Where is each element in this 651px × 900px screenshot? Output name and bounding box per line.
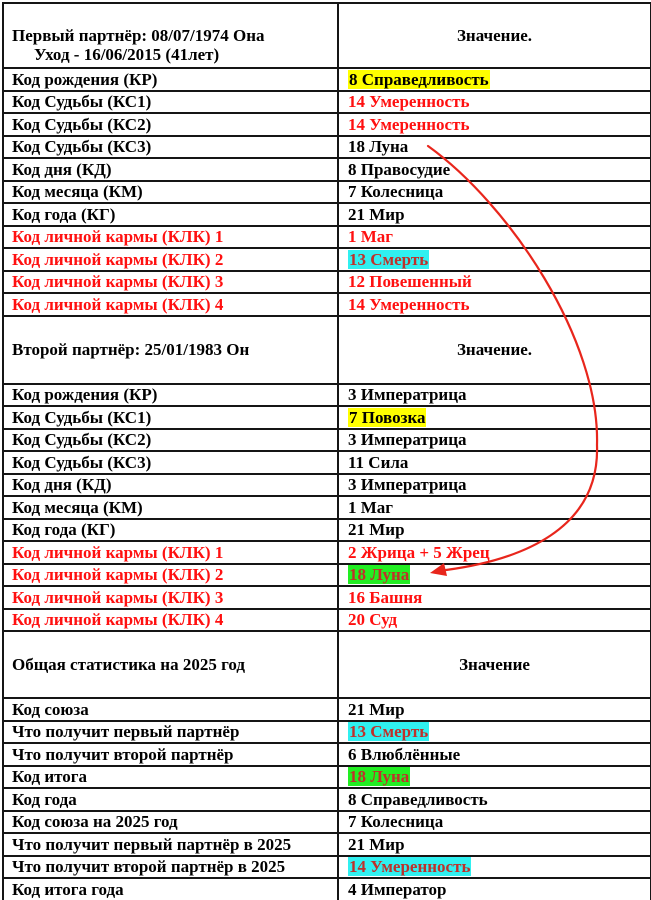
- row-value: 1 Маг: [348, 498, 393, 517]
- row-label: Код личной кармы (КЛК) 2: [3, 248, 338, 271]
- table-row: Код союза на 2025 год7 Колесница: [3, 811, 651, 834]
- table-row: Код личной кармы (КЛК) 312 Повешенный: [3, 271, 651, 294]
- table-row: Код личной кармы (КЛК) 12 Жрица + 5 Жрец: [3, 541, 651, 564]
- row-value-cell: 18 Луна: [338, 564, 651, 587]
- table-row: Код Судьбы (КС3)18 Луна: [3, 136, 651, 159]
- row-value-cell: 7 Колесница: [338, 811, 651, 834]
- row-value-cell: 11 Сила: [338, 451, 651, 474]
- row-value-cell: 13 Смерть: [338, 721, 651, 744]
- row-value-cell: 8 Справедливость: [338, 68, 651, 91]
- table-row: Код итога18 Луна: [3, 766, 651, 789]
- row-value-cell: 14 Умеренность: [338, 293, 651, 316]
- table-row: Код личной кармы (КЛК) 218 Луна: [3, 564, 651, 587]
- table-row: Код дня (КД)8 Правосудие: [3, 158, 651, 181]
- section-subtitle-line: Уход - 16/06/2015 (41лет): [12, 45, 337, 64]
- row-label: Код личной кармы (КЛК) 1: [3, 541, 338, 564]
- row-value: 16 Башня: [348, 588, 422, 607]
- row-label: Код года (КГ): [3, 519, 338, 542]
- row-label: Код личной кармы (КЛК) 4: [3, 293, 338, 316]
- row-value-cell: 8 Справедливость: [338, 788, 651, 811]
- table-row: Код итога года4 Император: [3, 878, 651, 900]
- table-row: Код месяца (КМ)7 Колесница: [3, 181, 651, 204]
- table-row: Код рождения (КР)3 Императрица: [3, 384, 651, 407]
- row-value-cell: 14 Умеренность: [338, 856, 651, 879]
- row-value-cell: 7 Колесница: [338, 181, 651, 204]
- highlighted-value: 14 Умеренность: [348, 857, 471, 876]
- row-label: Код итога года: [3, 878, 338, 900]
- row-label: Что получит первый партнёр в 2025: [3, 833, 338, 856]
- row-value-cell: 13 Смерть: [338, 248, 651, 271]
- row-value-cell: 8 Правосудие: [338, 158, 651, 181]
- row-label: Что получит первый партнёр: [3, 721, 338, 744]
- row-value: 8 Правосудие: [348, 160, 450, 179]
- row-label: Код года (КГ): [3, 203, 338, 226]
- table-row: Код месяца (КМ)1 Маг: [3, 496, 651, 519]
- row-value: 3 Императрица: [348, 475, 467, 494]
- row-label: Код личной кармы (КЛК) 2: [3, 564, 338, 587]
- row-value-cell: 21 Мир: [338, 833, 651, 856]
- row-label: Код личной кармы (КЛК) 3: [3, 271, 338, 294]
- table-row: Код года (КГ)21 Мир: [3, 519, 651, 542]
- section-title-line: Второй партнёр: 25/01/1983 Он: [12, 340, 249, 359]
- row-label: Код Судьбы (КС3): [3, 451, 338, 474]
- row-label: Код месяца (КМ): [3, 181, 338, 204]
- row-value-cell: 3 Императрица: [338, 384, 651, 407]
- row-label: Код Судьбы (КС1): [3, 406, 338, 429]
- table-row: Что получит второй партнёр в 202514 Умер…: [3, 856, 651, 879]
- row-value-cell: 21 Мир: [338, 698, 651, 721]
- row-label: Код Судьбы (КС3): [3, 136, 338, 159]
- table-row: Что получит первый партнёр в 202521 Мир: [3, 833, 651, 856]
- row-value-cell: 3 Императрица: [338, 474, 651, 497]
- row-value-cell: 21 Мир: [338, 519, 651, 542]
- row-label: Код итога: [3, 766, 338, 789]
- row-value-cell: 2 Жрица + 5 Жрец: [338, 541, 651, 564]
- row-value: 21 Мир: [348, 205, 405, 224]
- row-value: 14 Умеренность: [348, 92, 469, 111]
- highlighted-value: 13 Смерть: [348, 722, 429, 741]
- row-label: Код союза на 2025 год: [3, 811, 338, 834]
- row-value-cell: 1 Маг: [338, 496, 651, 519]
- row-label: Код рождения (КР): [3, 384, 338, 407]
- table-row: Код союза21 Мир: [3, 698, 651, 721]
- section-title: Второй партнёр: 25/01/1983 Он: [3, 316, 338, 384]
- table-row: Код личной кармы (КЛК) 213 Смерть: [3, 248, 651, 271]
- row-value-cell: 14 Умеренность: [338, 91, 651, 114]
- row-label: Код дня (КД): [3, 158, 338, 181]
- section-title-line: Первый партнёр: 08/07/1974 Она: [12, 26, 265, 45]
- row-value: 3 Императрица: [348, 430, 467, 449]
- table-row: Код рождения (КР)8 Справедливость: [3, 68, 651, 91]
- table-row: Код Судьбы (КС3)11 Сила: [3, 451, 651, 474]
- row-value: 11 Сила: [348, 453, 408, 472]
- highlighted-value: 18 Луна: [348, 767, 410, 786]
- row-label: Код месяца (КМ): [3, 496, 338, 519]
- row-value: 6 Влюблённые: [348, 745, 460, 764]
- row-value-cell: 6 Влюблённые: [338, 743, 651, 766]
- table-row: Код Судьбы (КС2)14 Умеренность: [3, 113, 651, 136]
- row-label: Код союза: [3, 698, 338, 721]
- row-label: Что получит второй партнёр в 2025: [3, 856, 338, 879]
- row-label: Код года: [3, 788, 338, 811]
- highlighted-value: 7 Повозка: [348, 408, 426, 427]
- table-row: Код Судьбы (КС1)14 Умеренность: [3, 91, 651, 114]
- section-title-line: Общая статистика на 2025 год: [12, 655, 245, 674]
- row-label: Что получит второй партнёр: [3, 743, 338, 766]
- row-value: 2 Жрица + 5 Жрец: [348, 543, 490, 562]
- row-value-cell: 18 Луна: [338, 136, 651, 159]
- row-value-cell: 18 Луна: [338, 766, 651, 789]
- table-row: Код личной кармы (КЛК) 414 Умеренность: [3, 293, 651, 316]
- table-row: Код личной кармы (КЛК) 420 Суд: [3, 609, 651, 632]
- table-row: Что получит первый партнёр13 Смерть: [3, 721, 651, 744]
- highlighted-value: 13 Смерть: [348, 250, 429, 269]
- row-label: Код личной кармы (КЛК) 3: [3, 586, 338, 609]
- row-value: 14 Умеренность: [348, 295, 469, 314]
- row-label: Код личной кармы (КЛК) 4: [3, 609, 338, 632]
- value-column-header: Значение.: [338, 316, 651, 384]
- row-label: Код личной кармы (КЛК) 1: [3, 226, 338, 249]
- row-value-cell: 14 Умеренность: [338, 113, 651, 136]
- highlighted-value: 8 Справедливость: [348, 70, 490, 89]
- row-label: Код Судьбы (КС2): [3, 113, 338, 136]
- row-value: 7 Колесница: [348, 812, 443, 831]
- table-row: Код Судьбы (КС2)3 Императрица: [3, 429, 651, 452]
- section-title: Общая статистика на 2025 год: [3, 631, 338, 698]
- row-label: Код Судьбы (КС1): [3, 91, 338, 114]
- row-value-cell: 4 Император: [338, 878, 651, 900]
- table-row: Код личной кармы (КЛК) 11 Маг: [3, 226, 651, 249]
- row-value: 20 Суд: [348, 610, 397, 629]
- row-value-cell: 21 Мир: [338, 203, 651, 226]
- section-title: Первый партнёр: 08/07/1974 ОнаУход - 16/…: [3, 3, 338, 68]
- section-header: Общая статистика на 2025 годЗначение: [3, 631, 651, 698]
- value-column-header: Значение: [338, 631, 651, 698]
- row-value: 18 Луна: [348, 137, 408, 156]
- table-row: Код дня (КД)3 Императрица: [3, 474, 651, 497]
- row-label: Код рождения (КР): [3, 68, 338, 91]
- row-value-cell: 16 Башня: [338, 586, 651, 609]
- row-value-cell: 7 Повозка: [338, 406, 651, 429]
- row-value-cell: 1 Маг: [338, 226, 651, 249]
- table-row: Код года8 Справедливость: [3, 788, 651, 811]
- row-value: 12 Повешенный: [348, 272, 472, 291]
- table-row: Код года (КГ)21 Мир: [3, 203, 651, 226]
- row-value: 7 Колесница: [348, 182, 443, 201]
- section-header: Первый партнёр: 08/07/1974 ОнаУход - 16/…: [3, 3, 651, 68]
- row-value: 14 Умеренность: [348, 115, 469, 134]
- table-row: Код личной кармы (КЛК) 316 Башня: [3, 586, 651, 609]
- row-value: 4 Император: [348, 880, 447, 899]
- value-column-header: Значение.: [338, 3, 651, 68]
- row-value: 21 Мир: [348, 700, 405, 719]
- highlighted-value: 18 Луна: [348, 565, 410, 584]
- section-header: Второй партнёр: 25/01/1983 ОнЗначение.: [3, 316, 651, 384]
- row-value: 3 Императрица: [348, 385, 467, 404]
- row-value-cell: 12 Повешенный: [338, 271, 651, 294]
- row-value-cell: 20 Суд: [338, 609, 651, 632]
- table-row: Что получит второй партнёр6 Влюблённые: [3, 743, 651, 766]
- row-value: 21 Мир: [348, 835, 405, 854]
- row-value-cell: 3 Императрица: [338, 429, 651, 452]
- row-value: 8 Справедливость: [348, 790, 488, 809]
- row-value: 1 Маг: [348, 227, 393, 246]
- row-value: 21 Мир: [348, 520, 405, 539]
- row-label: Код дня (КД): [3, 474, 338, 497]
- row-label: Код Судьбы (КС2): [3, 429, 338, 452]
- tarot-code-table: Первый партнёр: 08/07/1974 ОнаУход - 16/…: [2, 2, 651, 900]
- table-row: Код Судьбы (КС1)7 Повозка: [3, 406, 651, 429]
